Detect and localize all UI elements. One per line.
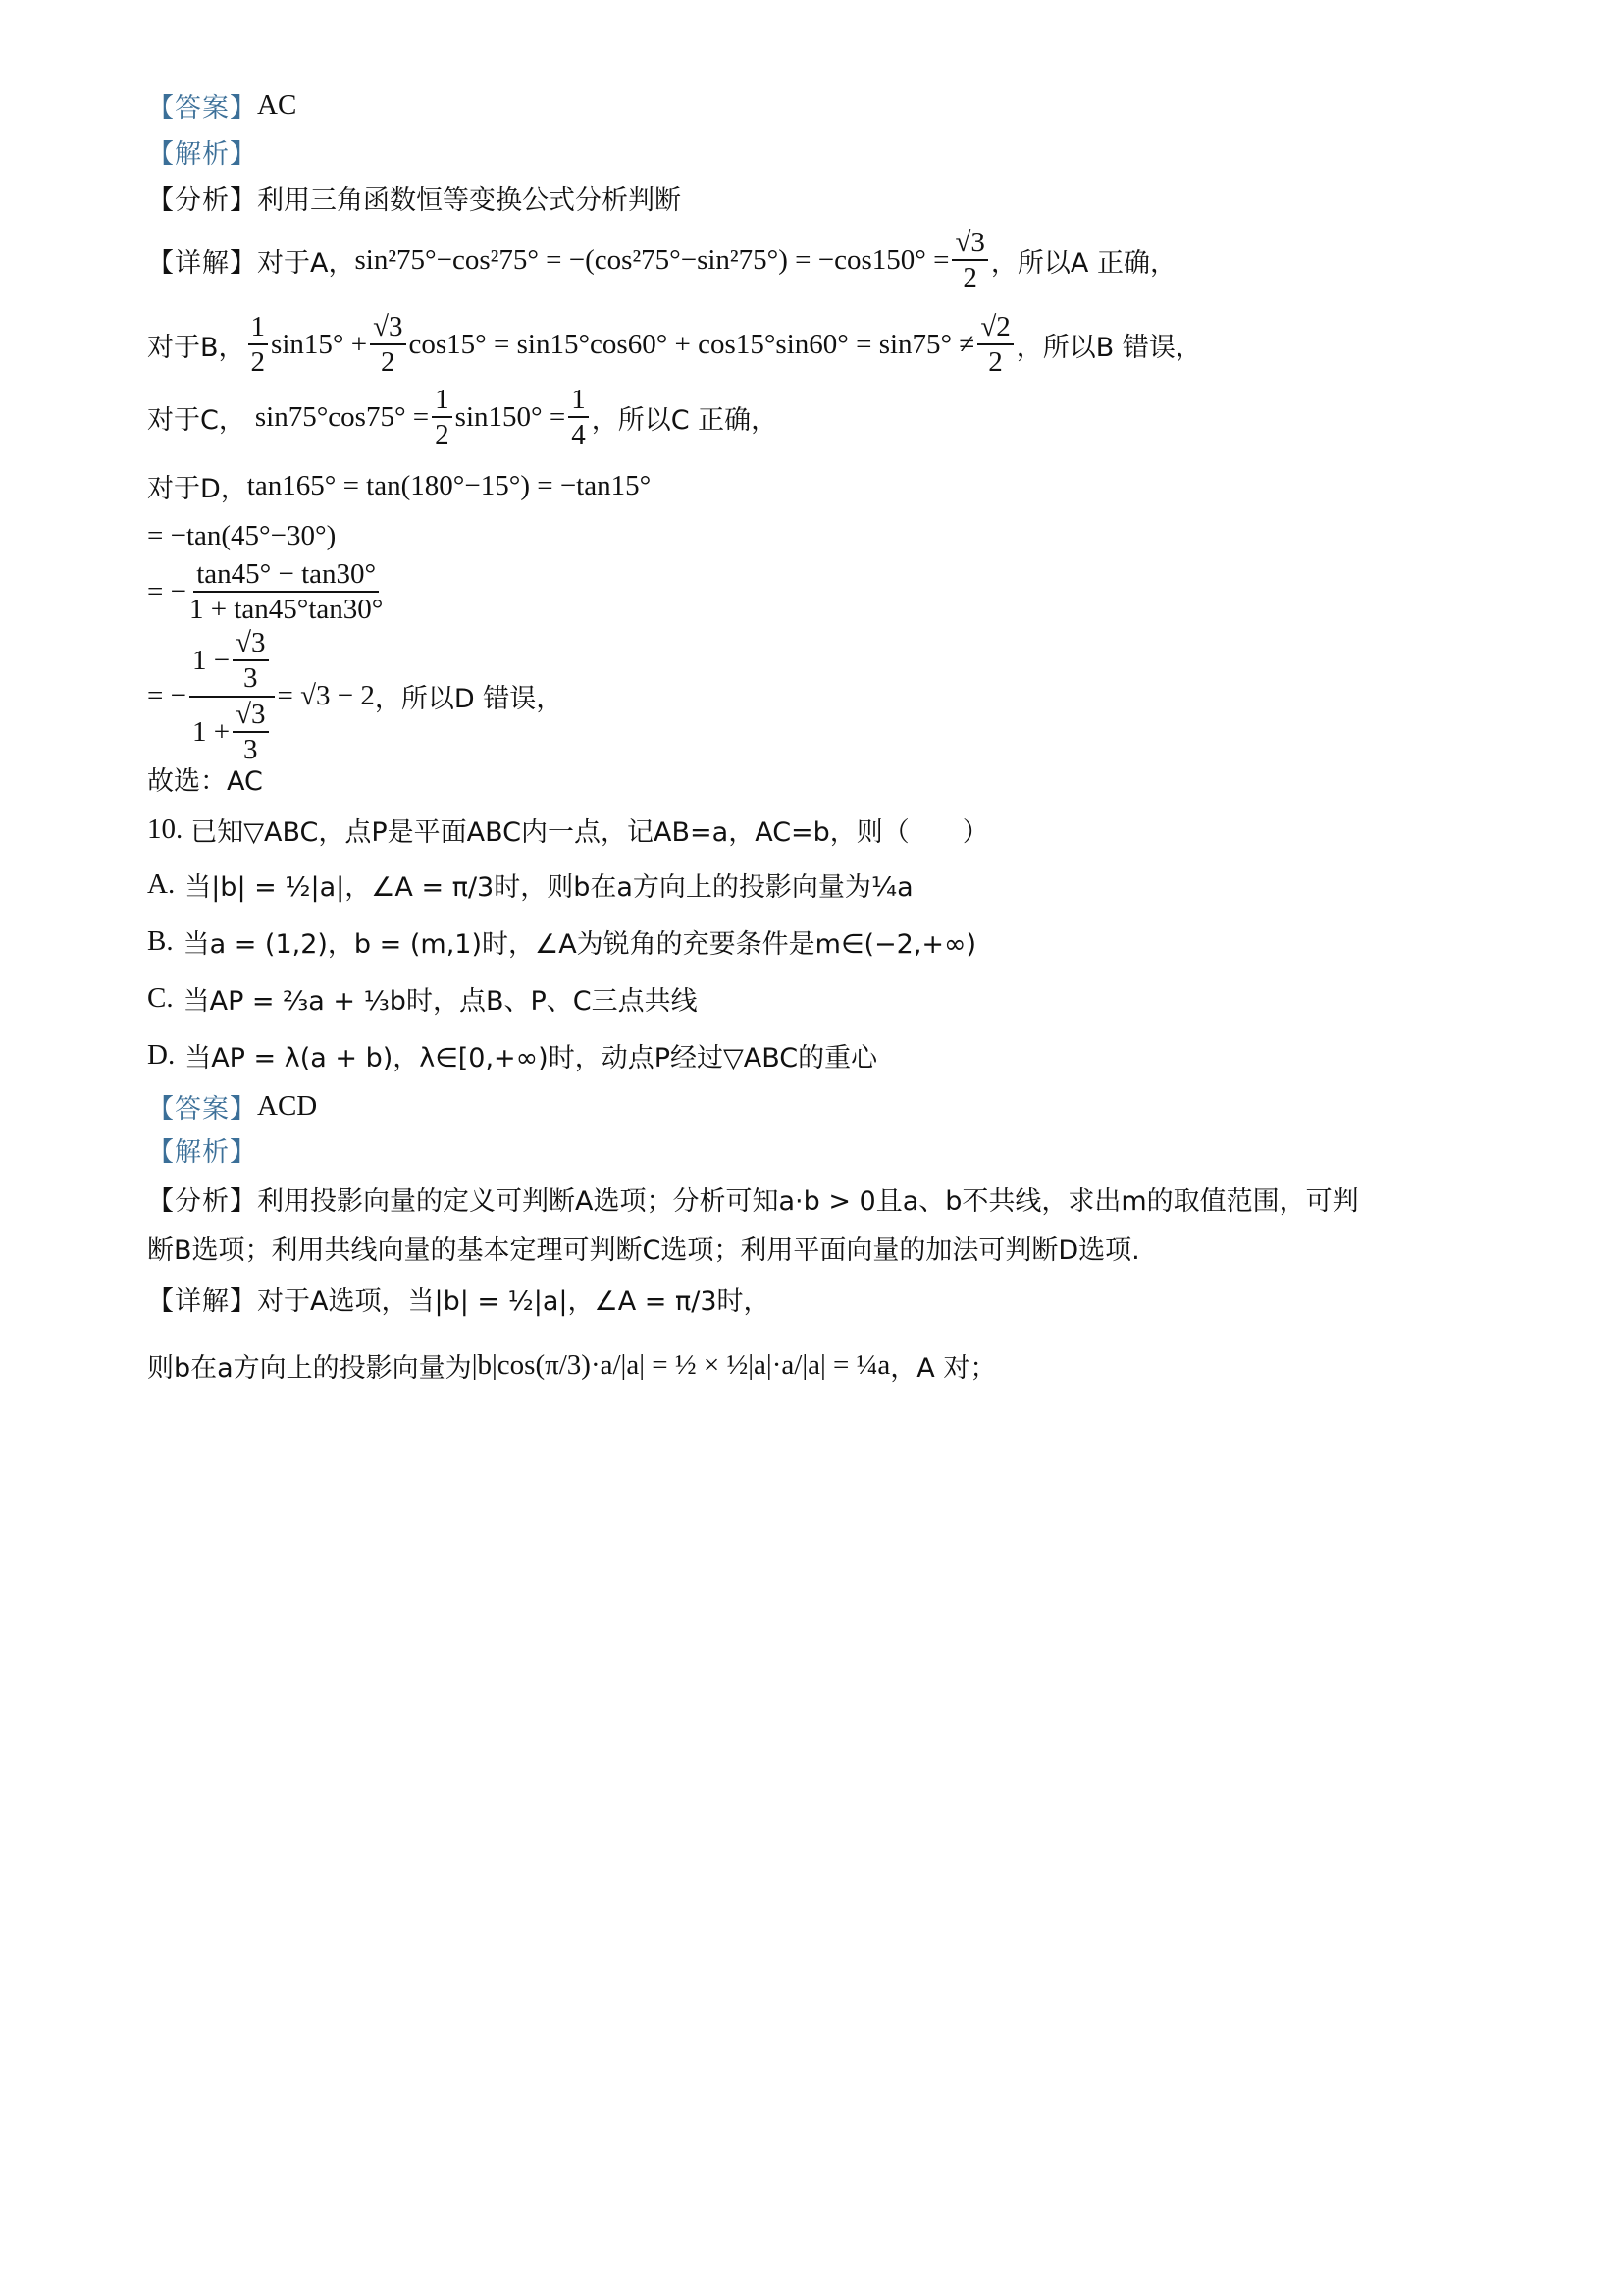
question-stem: 已知▽ABC，点P是平面ABC内一点，记AB=a，AC=b，则（ ） <box>190 810 989 849</box>
fenxi-text: 利用投影向量的定义可判断A选项；分析可知a·b > 0且a、b不共线，求出m的取… <box>257 1179 1359 1218</box>
q9-detail-a: 【详解】 对于A， sin²75°−cos²75° = −(cos²75°−si… <box>147 228 1177 293</box>
fraction: 1 2 <box>432 385 452 450</box>
option-text: 当AP = ⅔a + ⅓b时，点B、P、C三点共线 <box>183 979 698 1018</box>
q10-fenxi-line2: 断B选项；利用共线向量的基本定理可判断C选项；利用平面向量的加法可判断D选项. <box>147 1228 1140 1267</box>
option-label: A. <box>147 868 175 901</box>
q10-fenxi-line1: 【分析】 利用投影向量的定义可判断A选项；分析可知a·b > 0且a、b不共线，… <box>147 1179 1359 1218</box>
xiangjie-text: 则b在a方向上的投影向量为 <box>147 1346 472 1384</box>
fraction: √3 2 <box>952 228 987 293</box>
q9-detail-d: 对于D， tan165° = tan(180°−15°) = −tan15° <box>147 467 651 505</box>
fraction: √3 2 <box>370 312 405 378</box>
q9-detail-d-step2: = −tan(45°−30°) <box>147 520 336 552</box>
q10-xiangjie-line1: 【详解】 对于A选项，当|b| = ½|a|，∠A = π/3时， <box>147 1279 770 1318</box>
xiangjie-tag: 【详解】 <box>147 1279 257 1318</box>
q9-detail-d-step3: = − tan45° − tan30° 1 + tan45°tan30° <box>147 559 386 625</box>
option-label: D. <box>147 1039 175 1071</box>
xiangjie-tag: 【详解】 <box>147 241 257 280</box>
option-text: 当a = (1,2)，b = (m,1)时，∠A为锐角的充要条件是m∈(−2,+… <box>183 922 976 961</box>
option-label: B. <box>147 925 174 958</box>
fenxi-tag: 【分析】 <box>147 179 257 217</box>
option-text: 当AP = λ(a + b)，λ∈[0,+∞)时，动点P经过▽ABC的重心 <box>184 1036 877 1074</box>
q10-answer-line: 【答案】 ACD <box>147 1087 317 1125</box>
option-d-conclusion: ，所以D 错误， <box>375 677 562 715</box>
xiangjie-conclusion: ，A 对； <box>890 1346 996 1384</box>
expr-part: 1 + <box>192 717 230 747</box>
complex-fraction: 1 − √3 3 1 + √3 3 <box>189 628 275 765</box>
q9-detail-c: 对于C， sin75°cos75° = 1 2 sin150° = 1 4 ，所… <box>147 385 777 450</box>
fraction: √3 3 <box>233 628 268 694</box>
fenxi-tag: 【分析】 <box>147 1179 257 1218</box>
q10-option-b: B. 当a = (1,2)，b = (m,1)时，∠A为锐角的充要条件是m∈(−… <box>147 922 976 961</box>
expr-part: = √3 − 2 <box>278 680 375 712</box>
fraction: 1 2 <box>248 312 269 378</box>
q9-detail-b: 对于B， 1 2 sin15° + √3 2 cos15° = sin15°co… <box>147 312 1202 378</box>
q9-answer-line: 【答案】 AC <box>147 86 296 125</box>
final-answer: 故选：AC <box>147 759 263 798</box>
xiangjie-expression: |b|cos(π/3)·a/|a| = ½ × ½|a|·a/|a| = ¼a <box>472 1349 891 1382</box>
expr-part: = − <box>147 576 186 608</box>
expr-part: cos15° = sin15°cos60° + cos15°sin60° = s… <box>409 329 975 361</box>
jiexi-tag: 【解析】 <box>147 132 257 171</box>
expr-part: = −tan(45°−30°) <box>147 520 336 552</box>
q9-fenxi-line: 【分析】 利用三角函数恒等变换公式分析判断 <box>147 179 681 217</box>
q9-jiexi-line: 【解析】 <box>147 132 257 171</box>
option-a-expression: sin²75°−cos²75° = −(cos²75°−sin²75°) = −… <box>354 244 949 277</box>
q9-detail-d-step4: = − 1 − √3 3 1 + √3 3 = √3 − 2 ，所以D 错误， <box>147 628 562 765</box>
fraction: tan45° − tan30° 1 + tan45°tan30° <box>189 559 383 625</box>
q9-final: 故选：AC <box>147 759 263 798</box>
fraction: √3 3 <box>233 700 268 765</box>
answer-value: AC <box>257 89 296 122</box>
answer-tag: 【答案】 <box>147 1087 257 1125</box>
option-text: 当|b| = ½|a|，∠A = π/3时，则b在a方向上的投影向量为¼a <box>184 865 913 904</box>
fraction: 1 4 <box>568 385 589 450</box>
question-number: 10. <box>147 813 183 846</box>
option-c-conclusion: ，所以C 正确， <box>592 398 777 437</box>
fenxi-text: 断B选项；利用共线向量的基本定理可判断C选项；利用平面向量的加法可判断D选项. <box>147 1228 1140 1267</box>
xiangjie-text: 对于A选项，当|b| = ½|a|，∠A = π/3时， <box>257 1279 770 1318</box>
q10-stem: 10. 已知▽ABC，点P是平面ABC内一点，记AB=a，AC=b，则（ ） <box>147 810 989 849</box>
option-a-conclusion: ，所以A 正确， <box>991 241 1177 280</box>
jiexi-tag: 【解析】 <box>147 1130 257 1169</box>
expr-part: sin75°cos75° = <box>255 401 429 434</box>
option-b-conclusion: ，所以B 错误， <box>1017 326 1202 364</box>
expr-part: 1 − <box>192 646 230 675</box>
option-c-prefix: 对于C， <box>147 398 245 437</box>
expr-part: = − <box>147 680 186 712</box>
expr-part: sin15° + <box>271 329 367 361</box>
option-a-prefix: 对于A， <box>257 241 354 280</box>
q10-xiangjie-line2: 则b在a方向上的投影向量为 |b|cos(π/3)·a/|a| = ½ × ½|… <box>147 1346 996 1384</box>
expr-part: sin150° = <box>455 401 566 434</box>
expr-part: tan165° = tan(180°−15°) = −tan15° <box>247 470 651 502</box>
q10-option-c: C. 当AP = ⅔a + ⅓b时，点B、P、C三点共线 <box>147 979 698 1018</box>
q10-option-a: A. 当|b| = ½|a|，∠A = π/3时，则b在a方向上的投影向量为¼a <box>147 865 914 904</box>
q10-option-d: D. 当AP = λ(a + b)，λ∈[0,+∞)时，动点P经过▽ABC的重心 <box>147 1036 877 1074</box>
answer-value: ACD <box>257 1090 317 1122</box>
q10-jiexi-line: 【解析】 <box>147 1130 257 1169</box>
option-b-prefix: 对于B， <box>147 326 245 364</box>
fenxi-text: 利用三角函数恒等变换公式分析判断 <box>257 179 681 217</box>
answer-tag: 【答案】 <box>147 86 257 125</box>
option-d-prefix: 对于D， <box>147 467 247 505</box>
fraction: √2 2 <box>977 312 1013 378</box>
option-label: C. <box>147 982 174 1015</box>
